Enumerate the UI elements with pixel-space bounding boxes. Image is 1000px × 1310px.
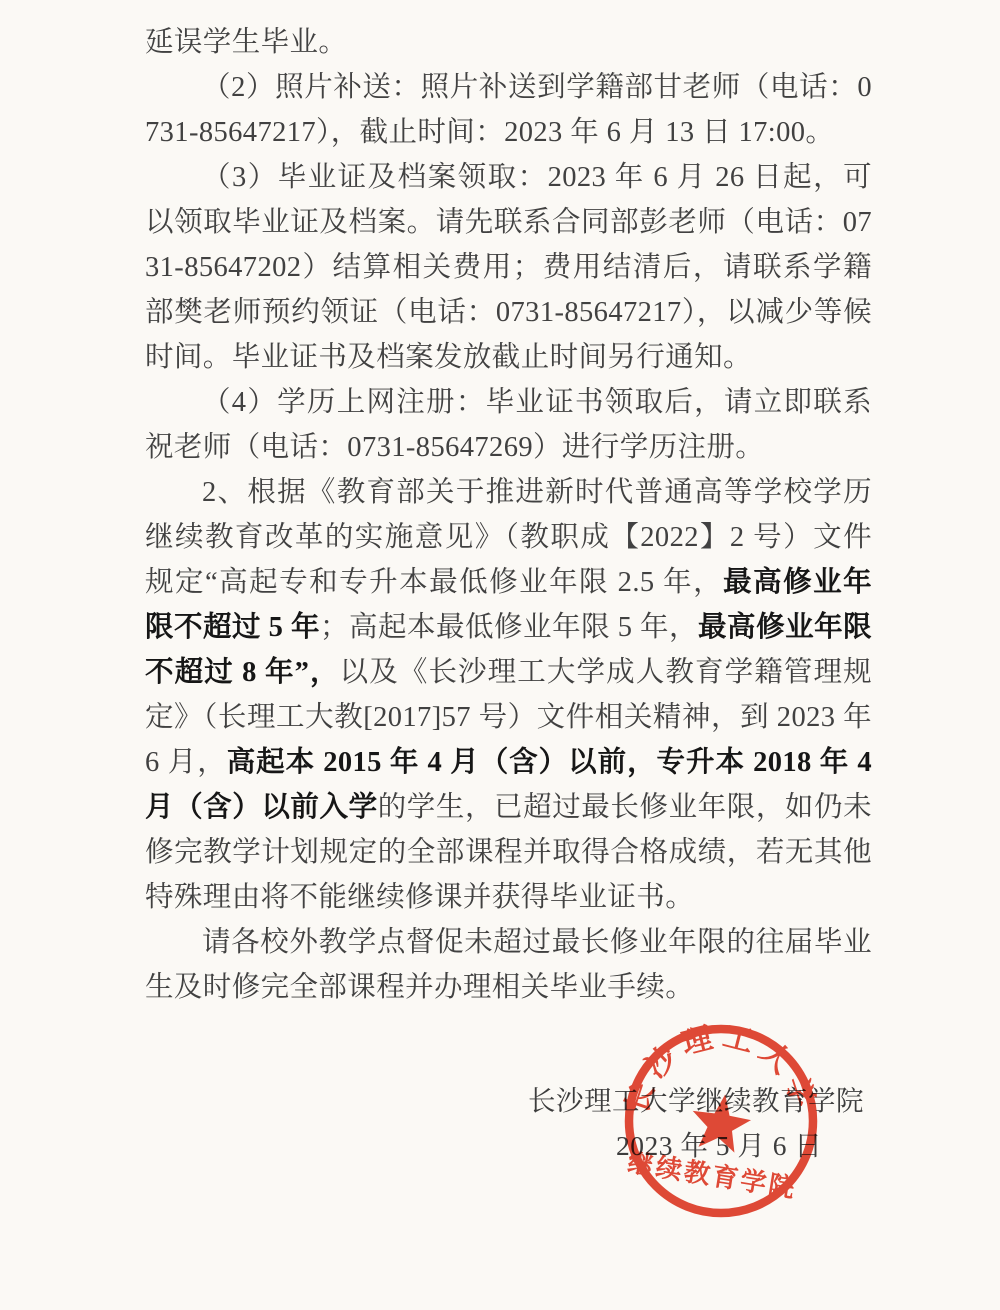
text-run: 请各校外教学点督促未超过最长修业年限的往届毕业生及时修完全部课程并办理相关毕业手… xyxy=(145,927,872,1003)
signature-date: 2023 年 5 月 6 日 xyxy=(528,1123,868,1168)
text-run: ；高起本最低修业年限 5 年， xyxy=(320,612,698,643)
paragraph: 延误学生毕业。 xyxy=(145,20,872,65)
signature-org: 长沙理工大学继续教育学院 xyxy=(528,1078,868,1123)
text-run: （3）毕业证及档案领取：2023 年 6 月 26 日起，可以领取毕业证及档案。… xyxy=(145,162,872,373)
text-run: （4）学历上网注册：毕业证书领取后，请立即联系祝老师（电话：0731-85647… xyxy=(145,387,872,463)
paragraph: 请各校外教学点督促未超过最长修业年限的往届毕业生及时修完全部课程并办理相关毕业手… xyxy=(145,920,872,1010)
paragraph: （3）毕业证及档案领取：2023 年 6 月 26 日起，可以领取毕业证及档案。… xyxy=(145,155,872,380)
document-page: 延误学生毕业。（2）照片补送：照片补送到学籍部甘老师（电话：0731-85647… xyxy=(0,0,1000,1310)
paragraph: 2、根据《教育部关于推进新时代普通高等学校学历继续教育改革的实施意见》（教职成【… xyxy=(145,470,872,920)
signature-block: 长沙理工大学继续教育学院 2023 年 5 月 6 日 xyxy=(528,1078,868,1168)
text-run: 延误学生毕业。 xyxy=(145,27,347,58)
document-body: 延误学生毕业。（2）照片补送：照片补送到学籍部甘老师（电话：0731-85647… xyxy=(145,20,872,1010)
text-run: （2）照片补送：照片补送到学籍部甘老师（电话：0731-85647217），截止… xyxy=(145,72,872,148)
paragraph: （2）照片补送：照片补送到学籍部甘老师（电话：0731-85647217），截止… xyxy=(145,65,872,155)
paragraph: （4）学历上网注册：毕业证书领取后，请立即联系祝老师（电话：0731-85647… xyxy=(145,380,872,470)
